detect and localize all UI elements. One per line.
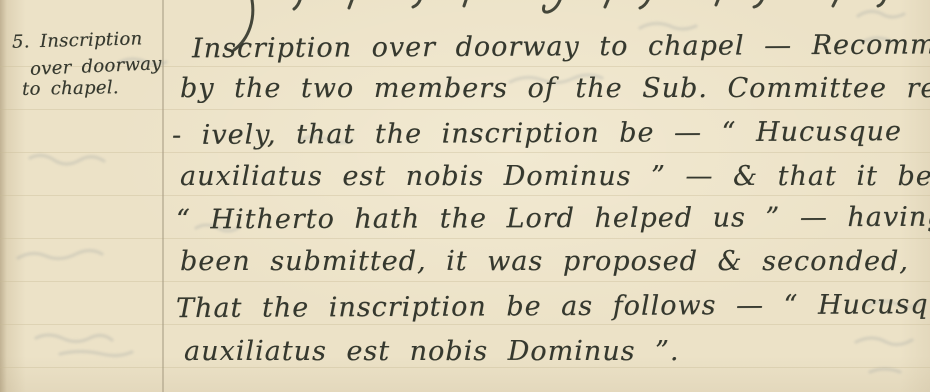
handwritten-line: auxiliatus est nobis Dominus ”. bbox=[184, 336, 679, 367]
margin-note-line: 5. Inscription bbox=[12, 28, 143, 52]
margin-note-line: to chapel. bbox=[22, 77, 119, 100]
handwritten-line: been submitted, it was proposed & second… bbox=[180, 246, 909, 277]
handwritten-line: Inscription over doorway to chapel — Rec… bbox=[192, 29, 930, 65]
scanned-page: 5. Inscription over doorway to chapel. I… bbox=[0, 0, 930, 392]
handwritten-line: “ Hitherto hath the Lord helped us ” — h… bbox=[176, 202, 930, 236]
handwritten-line: auxiliatus est nobis Dominus ” — & that … bbox=[180, 161, 930, 192]
handwritten-line: by the two members of the Sub. Committee… bbox=[180, 73, 930, 104]
handwritten-line: That the inscription be as follows — “ H… bbox=[176, 289, 930, 324]
handwritten-line: - ively, that the inscription be — “ Huc… bbox=[172, 116, 902, 151]
